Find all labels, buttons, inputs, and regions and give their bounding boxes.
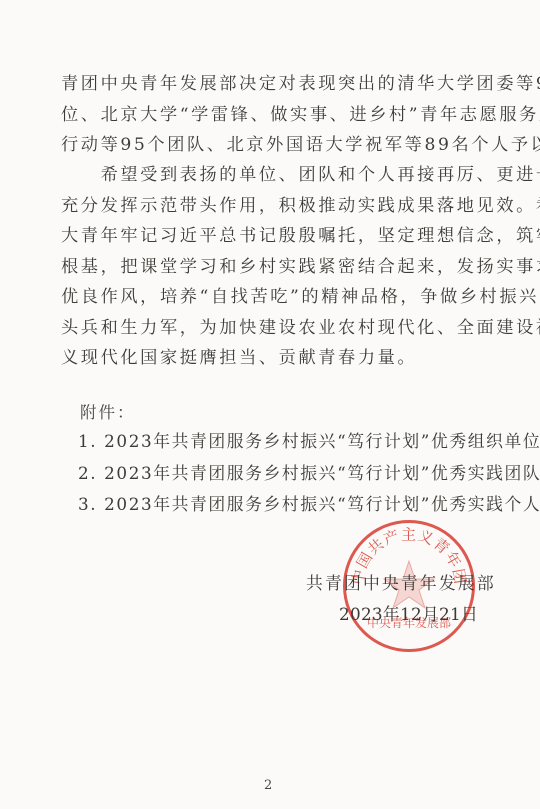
attachment-item: 2. 2023年共青团服务乡村振兴“笃行计划”优秀实践团队 [78,458,540,490]
text-line: 位、北京大学“学雷锋、做实事、进乡村”青年志愿服务主题 [61,100,481,131]
text-line: 希望受到表扬的单位、团队和个人再接再厉、更进一步， [61,160,481,191]
signature-date: 2023年12月21日 [339,601,478,625]
text-line: 头兵和生力军，为加快建设农业农村现代化、全面建设社会主 [61,313,481,344]
body-paragraph-commendation: 青团中央青年发展部决定对表现突出的清华大学团委等98个单 位、北京大学“学雷锋、… [61,69,481,161]
body-paragraph-hope: 希望受到表扬的单位、团队和个人再接再厉、更进一步， 充分发挥示范带头作用，积极推… [61,160,481,374]
document-page: 青团中央青年发展部决定对表现突出的清华大学团委等98个单 位、北京大学“学雷锋、… [0,0,540,809]
text-line: 大青年牢记习近平总书记殷殷嘱托，坚定理想信念，筑牢思想 [61,221,481,252]
attachments-label: 附件： [80,399,136,423]
page-number: 2 [264,778,272,793]
text-line: 义现代化国家挺膺担当、贡献青春力量。 [61,343,481,374]
text-line: 优良作风，培养“自找苦吃”的精神品格，争做乡村振兴的排 [61,282,481,313]
text-line: 行动等95个团队、北京外国语大学祝军等89名个人予以表扬。 [61,130,481,161]
attachments-list: 1. 2023年共青团服务乡村振兴“笃行计划”优秀组织单位 2. 2023年共青… [78,426,540,521]
attachment-item: 1. 2023年共青团服务乡村振兴“笃行计划”优秀组织单位 [78,426,540,458]
attachment-item: 3. 2023年共青团服务乡村振兴“笃行计划”优秀实践个人 [78,489,540,521]
signature-organization: 共青团中央青年发展部 [306,570,496,594]
text-line: 青团中央青年发展部决定对表现突出的清华大学团委等98个单 [61,69,481,100]
text-line: 充分发挥示范带头作用，积极推动实践成果落地见效。希望广 [61,191,481,222]
text-line: 根基，把课堂学习和乡村实践紧密结合起来，发扬实事求是的 [61,252,481,283]
